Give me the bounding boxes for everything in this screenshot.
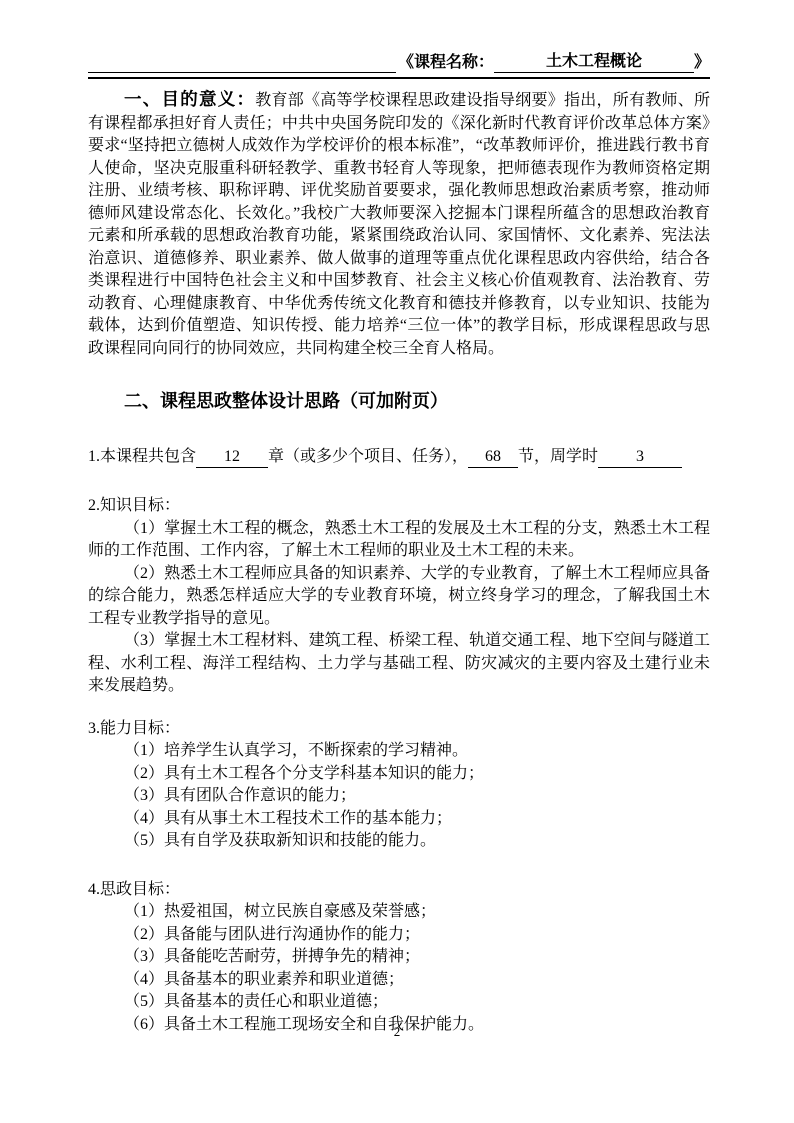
header-blank-underline <box>88 53 396 73</box>
document-page: 《课程名称： 土木工程概论 》 一、目的意义：教育部《高等学校课程思政建设指导纲… <box>0 0 794 1123</box>
section1-heading: 一、目的意义： <box>124 89 255 109</box>
ability-goal-item: （3）具有团队合作意识的能力； <box>88 785 710 808</box>
document-body: 一、目的意义：教育部《高等学校课程思政建设指导纲要》指出，所有教师、所有课程都承… <box>88 88 710 1036</box>
knowledge-goal-item: （2）熟悉土木工程师应具备的知识素养、大学的专业教育，了解土木工程师应具备的综合… <box>88 563 710 631</box>
course-structure-mid2: 节，周学时 <box>518 448 598 465</box>
course-structure-prefix: 1.本课程共包含 <box>88 448 196 465</box>
course-name-label: 《课程名称： <box>398 53 494 73</box>
ideology-goal-item: （2）具备能与团队进行沟通协作的能力； <box>88 924 710 947</box>
page-header: 《课程名称： 土木工程概论 》 <box>88 52 710 79</box>
ideology-goals-heading: 4.思政目标： <box>88 879 710 902</box>
ideology-goal-item: （4）具备基本的职业素养和职业道德； <box>88 969 710 992</box>
ability-goal-item: （5）具有自学及获取新知识和技能的能力。 <box>88 830 710 853</box>
purpose-paragraph: 一、目的意义：教育部《高等学校课程思政建设指导纲要》指出，所有教师、所有课程都承… <box>88 88 710 360</box>
page-footer: 2 <box>0 1024 794 1040</box>
ideology-goal-item: （3）具备能吃苦耐劳，拼搏争先的精神； <box>88 946 710 969</box>
section1-body-text: 教育部《高等学校课程思政建设指导纲要》指出，所有教师、所有课程都承担好育人责任；… <box>88 92 710 357</box>
section2-heading: 二、课程思政整体设计思路（可加附页） <box>124 390 710 413</box>
ability-goal-item: （1）培养学生认真学习，不断探索的学习精神。 <box>88 740 710 763</box>
chapters-count-blank: 12 <box>196 447 268 468</box>
ability-goal-item: （4）具有从事土木工程技术工作的基本能力； <box>88 808 710 831</box>
course-structure-line: 1.本课程共包含12章（或多少个项目、任务），68节，周学时3 <box>88 446 710 469</box>
ideology-goal-item: （1）热爱祖国，树立民族自豪感及荣誉感； <box>88 901 710 924</box>
course-structure-mid1: 章（或多少个项目、任务）， <box>268 448 468 465</box>
course-name-close-bracket: 》 <box>694 53 710 73</box>
ideology-goal-item: （5）具备基本的责任心和职业道德； <box>88 991 710 1014</box>
knowledge-goals-heading: 2.知识目标： <box>88 495 710 518</box>
ability-goal-item: （2）具有土木工程各个分支学科基本知识的能力； <box>88 763 710 786</box>
weekly-hours-blank: 3 <box>598 447 682 468</box>
ability-goals-heading: 3.能力目标： <box>88 718 710 741</box>
knowledge-goal-item: （3）掌握土木工程材料、建筑工程、桥梁工程、轨道交通工程、地下空间与隧道工程、水… <box>88 630 710 698</box>
knowledge-goal-item: （1）掌握土木工程的概念，熟悉土木工程的发展及土木工程的分支，熟悉土木工程师的工… <box>88 518 710 563</box>
course-name-value: 土木工程概论 <box>494 52 694 73</box>
page-number: 2 <box>394 1024 401 1039</box>
sections-count-blank: 68 <box>468 447 518 468</box>
